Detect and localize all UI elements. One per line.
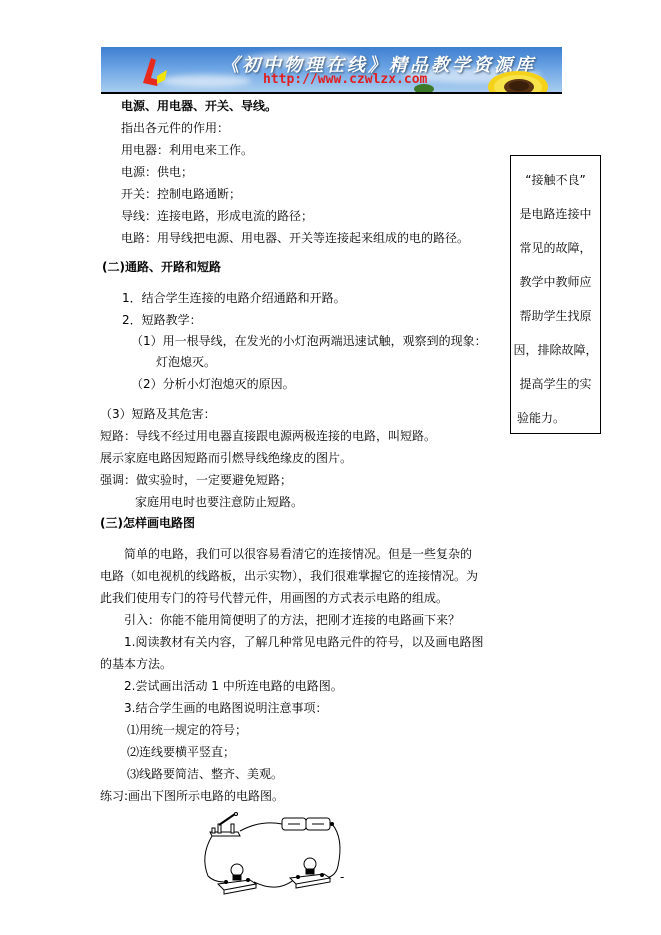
- step-line: 3.结合学生画的电路图说明注意事项：: [124, 700, 327, 716]
- body-line: 强调：做实验时，一定要避免短路；: [100, 472, 292, 488]
- sidebar-note-line: 常见的故障，: [511, 240, 600, 256]
- sidebar-note-line: 因，排除故障，: [511, 342, 600, 358]
- list-item: 2．短路教学：: [122, 312, 202, 328]
- header-banner: 《初中物理在线》精品教学资源库 http://www.czwlzx.com: [101, 47, 562, 92]
- body-line: 用电器：利用电来工作。: [121, 142, 253, 158]
- body-line: 短路：导线不经过用电器直接跟电源两极连接的电路，叫短路。: [100, 428, 436, 444]
- site-logo-icon: [139, 56, 169, 88]
- body-line: 展示家庭电路因短路而引燃导线绝缘皮的图片。: [100, 450, 352, 466]
- body-line: 电路：用导线把电源、用电器、开关等连接起来组成的电的路径。: [121, 230, 469, 246]
- note-line: ⑶线路要简洁、整齐、美观。: [127, 766, 283, 782]
- section1-heading: 电源、用电器、开关、导线。: [121, 98, 277, 114]
- body-line: 电源：供电；: [121, 164, 193, 180]
- list-item-continuation: 灯泡熄灭。: [156, 354, 216, 370]
- list-item: 1．结合学生连接的电路介绍通路和开路。: [122, 290, 346, 306]
- sunflower-icon: [486, 61, 550, 92]
- sidebar-note-line: 教学中教师应: [511, 274, 600, 290]
- sidebar-note-line: 是电路连接中: [511, 206, 600, 222]
- body-line: 导线：连接电路，形成电流的路径；: [121, 208, 313, 224]
- subsection-heading: （3）短路及其危害：: [100, 406, 216, 422]
- step-line: 1.阅读教材有关内容，了解几种常见电路元件的符号，以及画电路图: [124, 634, 483, 650]
- intro-line: 引入：你能不能用简便明了的方法，把刚才连接的电路画下来？: [124, 612, 460, 628]
- sidebar-note-box: “接触不良” 是电路连接中 常见的故障， 教学中教师应 帮助学生找原 因，排除故…: [510, 155, 601, 434]
- list-item: （2）分析小灯泡熄灭的原因。: [131, 376, 295, 392]
- note-line: ⑴用统一规定的符号；: [127, 722, 247, 738]
- battery-icon: [282, 818, 334, 830]
- banner-url: http://www.czwlzx.com: [263, 72, 427, 87]
- knife-switch-icon: [210, 813, 240, 837]
- bulb-icon: [218, 864, 256, 894]
- step-line: 的基本方法。: [100, 656, 172, 672]
- section3-heading: (三)怎样画电路图: [100, 515, 195, 531]
- list-item: （1）用一根导线，在发光的小灯泡两端迅速试触，观察到的现象：: [131, 333, 487, 349]
- header-rule: [101, 92, 562, 94]
- exercise-line: 练习:画出下图所示电路的电路图。: [100, 788, 284, 804]
- body-line: 家庭用电时也要注意防止短路。: [135, 494, 303, 510]
- circuit-diagram-figure: [198, 806, 348, 896]
- sidebar-note-line: 提高学生的实: [511, 376, 600, 392]
- body-line: 指出各元件的作用：: [121, 120, 229, 136]
- figure-mark: -: [340, 870, 344, 884]
- paragraph-line: 简单的电路，我们可以很容易看清它的连接情况。但是一些复杂的: [124, 546, 472, 562]
- sidebar-note-line: “接触不良”: [511, 172, 600, 188]
- bulb-icon: [290, 858, 330, 888]
- note-line: ⑵连线要横平竖直；: [127, 744, 235, 760]
- leaf-icon: [413, 81, 435, 92]
- sidebar-note-line: 帮助学生找原: [511, 308, 600, 324]
- sidebar-note-line: 验能力。: [511, 410, 600, 426]
- step-line: 2.尝试画出活动 1 中所连电路的电路图。: [124, 678, 343, 694]
- section2-heading: (二)通路、开路和短路: [102, 259, 221, 275]
- body-line: 开关：控制电路通断；: [121, 186, 241, 202]
- paragraph-line: 电路（如电视机的线路板，出示实物），我们很难掌握它的连接情况。为: [100, 568, 478, 584]
- paragraph-line: 此我们使用专门的符号代替元件，用画图的方式表示电路的组成。: [100, 590, 448, 606]
